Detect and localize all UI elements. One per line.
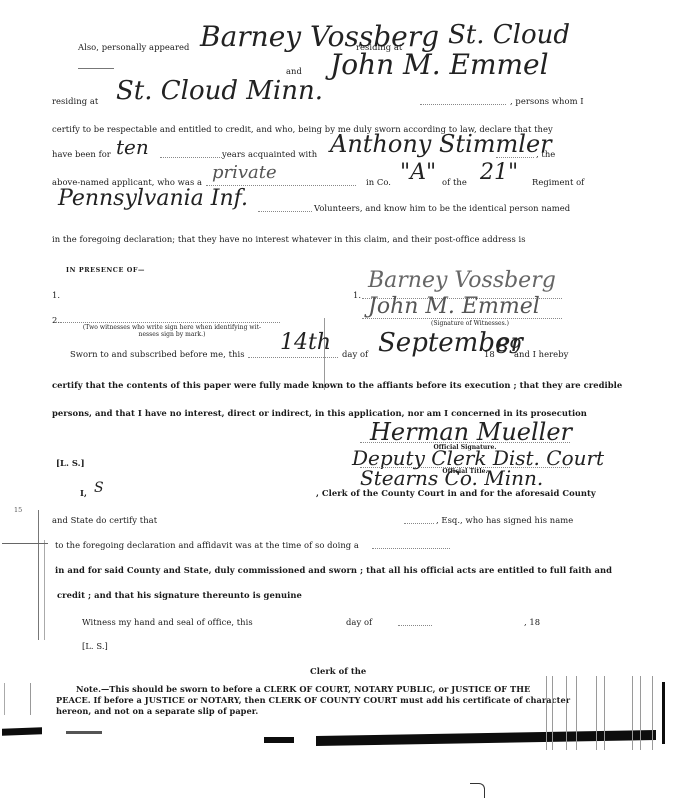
residence-blank-line [420,104,506,105]
line-in-and-for-county: in and for said County and State, duly c… [55,565,612,575]
label-residing-at-2: residing at [52,96,98,106]
month-blank-line-2 [398,625,432,626]
scan-left-edge-2 [30,683,31,715]
label-years-acquainted-with: years acquainted with [222,149,317,159]
scan-stripe [640,676,641,750]
witness-mark-note-line1: (Two witnesses who write sign here when … [56,324,288,331]
line-volunteers: Volunteers, and know him to be the ident… [314,203,570,213]
sworn-day-handwritten: 14th [280,330,331,355]
label-clerk-of-the: Clerk of the [310,666,366,676]
note-line-3: hereon, and not on a separate slip of pa… [56,706,258,716]
scan-stripe [546,676,547,750]
years-blank-line [160,157,222,158]
scan-blot-left [2,727,42,735]
label-clerk-of-county-court: , Clerk of the County Court in and for t… [316,488,596,498]
day-blank-line [248,357,338,358]
scan-stripe [604,676,605,750]
scan-stripe [596,676,597,750]
witness-sig-2-line [362,318,562,319]
scan-blot-mid-1 [264,737,294,743]
witness-2-blank-line [60,322,280,323]
line-certify-contents: certify that the contents of this paper … [52,380,622,390]
seal-ls-1: [L. S.] [56,458,85,468]
scan-stripe [566,676,567,750]
label-day-of-2: day of [346,617,372,627]
witness1-residence-handwritten: St. Cloud [448,20,570,50]
label-state-do-certify: and State do certify that [52,515,157,525]
scan-dash [78,68,114,69]
line-foregoing-affidavit: to the foregoing declaration and affidav… [55,540,359,550]
heading-in-presence-of: IN PRESENCE OF— [66,266,145,274]
witness-mark-note-line2: nesses sign by mark.) [56,331,288,338]
label-i: I, [80,488,87,498]
esq-blank-line [404,523,434,524]
label-sworn-subscribed: Sworn to and subscribed before me, this [70,349,245,359]
note-text-1: This should be sworn to before a CLERK O… [109,684,530,694]
line-credit-genuine: credit ; and that his signature thereunt… [57,590,302,600]
rank-handwritten: private [212,162,277,183]
scan-stripe [632,676,633,750]
scan-left-horizontal [2,543,48,544]
scan-left-vertical-2 [44,540,45,640]
witness-signature-2: John M. Emmel [368,294,540,319]
label-and: and [286,66,302,76]
state-blank-line [258,211,312,212]
label-the: , the [536,149,555,159]
label-day-of: day of [342,349,368,359]
witness2-name-handwritten: John M. Emmel [330,48,549,81]
label-have-been-for: have been for [52,149,111,159]
scan-blot-bar [316,730,656,746]
year-prefix: 18 [484,349,495,359]
official-county-handwritten: Stearns Co. Minn. [360,466,543,490]
witness-signature-1: Barney Vossberg [368,268,556,293]
scan-stripe [552,676,553,750]
company-handwritten: "A" [400,160,436,185]
scan-stripe [652,676,653,750]
line-foregoing-declaration: in the foregoing declaration; that they … [52,234,526,244]
note-lead: Note.— [76,684,109,694]
office-blank-line [372,548,450,549]
label-in-co: in Co. [366,177,391,187]
document-page: Also, personally appeared Barney Vossber… [0,0,676,800]
label-year-18: , 18 [524,617,540,627]
scan-right-edge [662,682,665,744]
note-line-1: Note.—This should be sworn to before a C… [56,684,530,694]
label-esq-signed: , Esq., who has signed his name [436,515,573,525]
scan-left-vertical [38,510,39,640]
seal-ls-2: [L. S.] [82,641,108,651]
line-persons-no-interest: persons, and that I have no interest, di… [52,408,587,418]
note-line-2: PEACE. If before a JUSTICE or NOTARY, th… [56,695,570,705]
witness-number-1-left: 1. [52,290,60,300]
label-also-appeared: Also, personally appeared [78,42,189,52]
scan-corner-mark [470,783,485,798]
scan-left-edge-1 [4,683,5,715]
label-persons-whom: , persons whom I [510,96,584,106]
applicant-blank-line [496,157,534,158]
applicant-name-handwritten: Anthony Stimmler [330,130,552,158]
scan-blot-small [66,731,102,734]
witness2-residence-handwritten: St. Cloud Minn. [116,76,323,106]
label-of-the: of the [442,177,467,187]
label-and-i-hereby: and I hereby [514,349,568,359]
witness-number-1-right: 1. [353,290,361,300]
state-unit-handwritten: Pennsylvania Inf. [58,186,248,211]
official-signature-line [360,442,570,443]
label-regiment-of: Regiment of [532,177,584,187]
scan-stripe [576,676,577,750]
signature-of-witnesses-caption: (Signature of Witnesses.) [410,320,530,327]
years-acquainted-handwritten: ten [116,135,149,159]
label-witness-hand-seal: Witness my hand and seal of office, this [82,617,253,627]
margin-mark: 15 [14,506,22,514]
regiment-number-handwritten: 21" [480,160,518,185]
clerk-name-mark: S [94,480,104,496]
